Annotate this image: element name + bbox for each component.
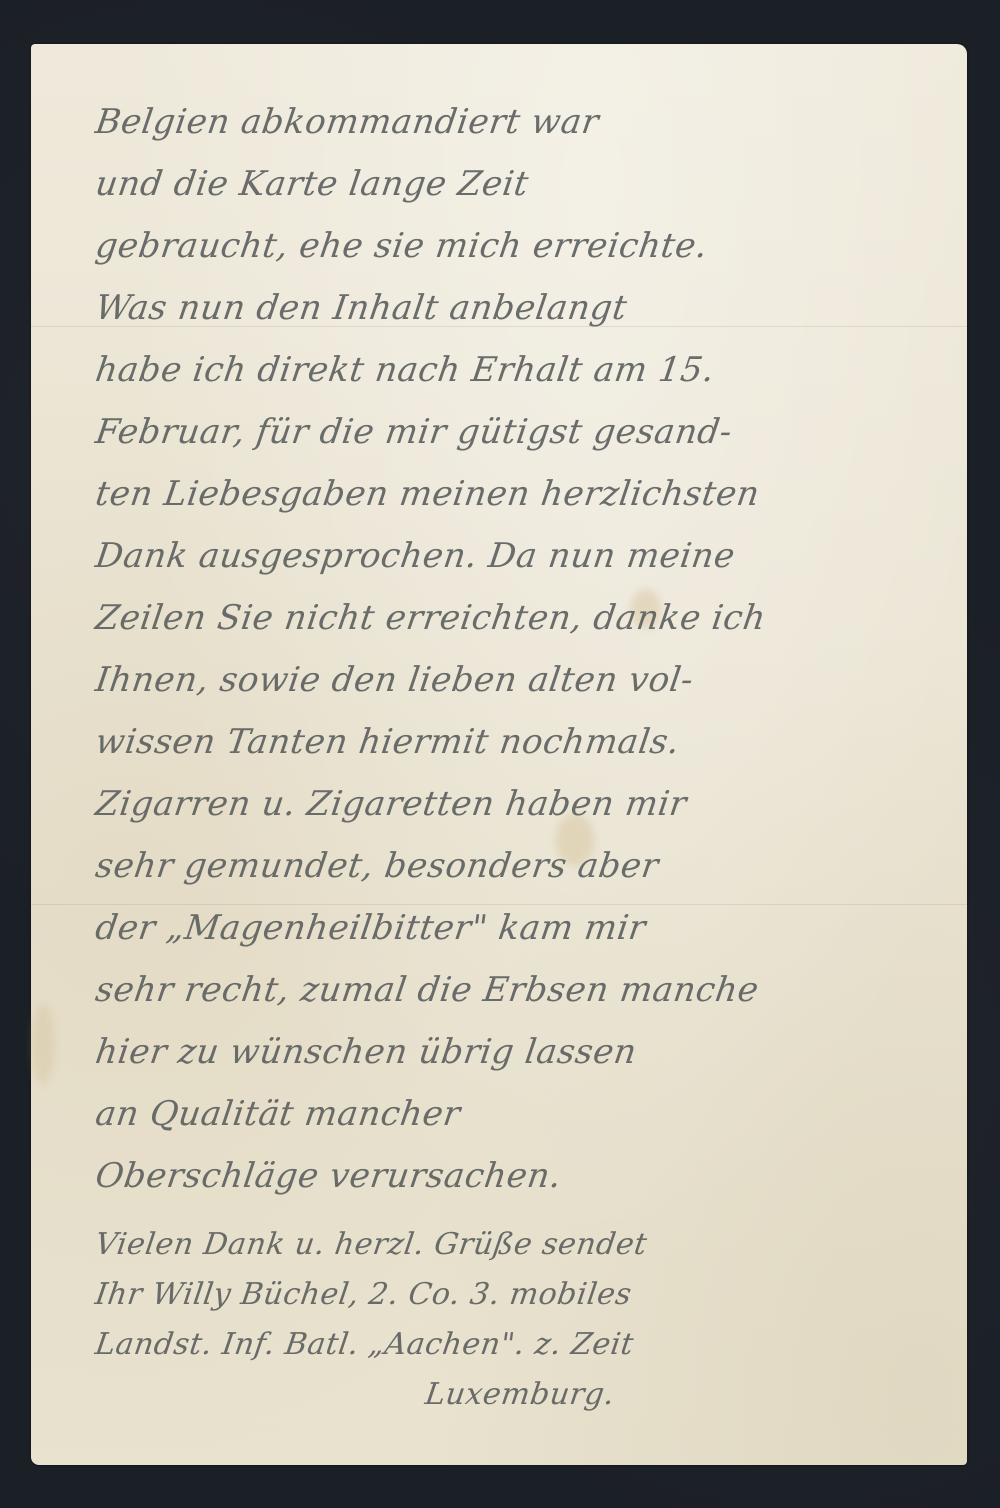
letter-line: und die Karte lange Zeit xyxy=(93,164,531,204)
letter-line: Februar, für die mir gütigst gesand- xyxy=(93,412,735,452)
letter-line: Oberschläge verursachen. xyxy=(93,1156,564,1196)
postcard: Belgien abkommandiert war und die Karte … xyxy=(31,44,967,1465)
letter-line: habe ich direkt nach Erhalt am 15. xyxy=(93,350,717,390)
closing-line: Vielen Dank u. herzl. Grüße sendet xyxy=(93,1227,649,1262)
location-line: Luxemburg. xyxy=(423,1377,617,1412)
letter-line: hier zu wünschen übrig lassen xyxy=(93,1032,639,1072)
letter-line: Ihnen, sowie den lieben alten vol- xyxy=(93,660,696,700)
paper-crease xyxy=(31,904,967,905)
letter-line: ten Liebesgaben meinen herzlichsten xyxy=(93,474,762,514)
letter-line: Zigarren u. Zigaretten haben mir xyxy=(93,784,689,824)
letter-line: Zeilen Sie nicht erreichten, danke ich xyxy=(93,598,768,638)
letter-line: Was nun den Inhalt anbelangt xyxy=(93,288,630,328)
letter-line: sehr gemundet, besonders aber xyxy=(93,846,661,886)
letter-line: gebraucht, ehe sie mich erreichte. xyxy=(93,226,710,266)
paper-stain xyxy=(31,1004,55,1084)
letter-line: an Qualität mancher xyxy=(93,1094,463,1134)
letter-line: Dank ausgesprochen. Da nun meine xyxy=(93,536,738,576)
letter-line: der „Magenheilbitter" kam mir xyxy=(93,908,648,948)
letter-line: wissen Tanten hiermit nochmals. xyxy=(93,722,682,762)
letter-line: Belgien abkommandiert war xyxy=(93,102,601,142)
signature-line: Ihr Willy Büchel, 2. Co. 3. mobiles xyxy=(93,1277,634,1312)
letter-line: sehr recht, zumal die Erbsen manche xyxy=(93,970,761,1010)
unit-line: Landst. Inf. Batl. „Aachen". z. Zeit xyxy=(93,1327,636,1362)
